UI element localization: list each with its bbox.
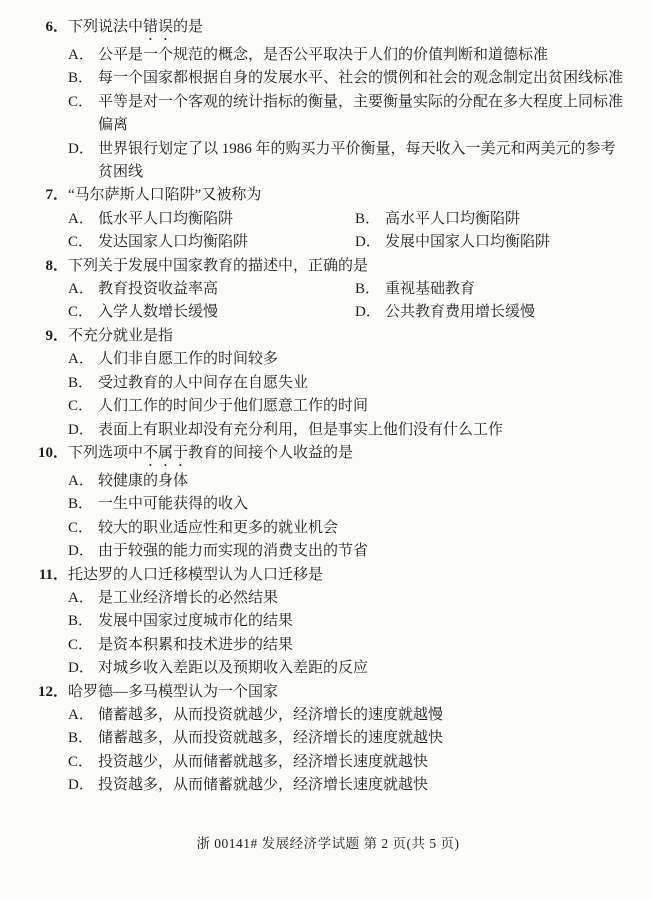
option-letter: A． bbox=[68, 348, 98, 371]
option-letter: B． bbox=[68, 372, 98, 395]
option-list: A． 低水平人口均衡陷阱 B． 高水平人口均衡陷阱 C． 发达国家人口均衡陷阱 … bbox=[68, 208, 626, 255]
option-letter: B． bbox=[68, 67, 98, 90]
stem-text: 不充分就业是指 bbox=[68, 328, 173, 344]
option-letter: D． bbox=[355, 301, 385, 324]
option-row: B． 高水平人口均衡陷阱 bbox=[355, 208, 626, 231]
option-text: 入学人数增长缓慢 bbox=[98, 301, 355, 324]
option-row: C． 发达国家人口均衡陷阱 bbox=[68, 231, 355, 254]
option-list: A． 是工业经济增长的必然结果 B． 发展中国家过度城市化的结果 C． 是资本积… bbox=[68, 587, 626, 681]
stem-text: 下列说法中 bbox=[68, 19, 143, 35]
option-row: C． 较大的职业适应性和更多的就业机会 bbox=[68, 517, 626, 540]
stem-text: 的是 bbox=[173, 19, 203, 35]
stem-text: 下列选项中 bbox=[68, 445, 143, 461]
option-row: C． 是资本积累和技术进步的结果 bbox=[68, 634, 626, 657]
stem-emphasized-text: 错误 bbox=[143, 19, 173, 35]
option-row: D． 公共教育费用增长缓慢 bbox=[355, 301, 626, 324]
option-text: 发展中国家过度城市化的结果 bbox=[98, 610, 626, 633]
option-text: 储蓄越多，从而投资就越少，经济增长的速度就越慢 bbox=[98, 704, 626, 727]
option-text: 一生中可能获得的收入 bbox=[98, 493, 626, 516]
option-list: A． 储蓄越多，从而投资就越少，经济增长的速度就越慢 B． 储蓄越多，从而投资就… bbox=[68, 704, 626, 798]
option-row: B． 受过教育的人中间存在自愿失业 bbox=[68, 372, 626, 395]
option-list: A． 教育投资收益率高 B． 重视基础教育 C． 入学人数增长缓慢 D． 公共教… bbox=[68, 278, 626, 325]
question-head: 7． “马尔萨斯人口陷阱”又被称为 bbox=[30, 184, 626, 207]
question-stem: 哈罗德—多马模型认为一个国家 bbox=[68, 681, 626, 704]
option-letter: A． bbox=[68, 704, 98, 727]
option-letter: D． bbox=[355, 231, 385, 254]
question-head: 9． 不充分就业是指 bbox=[30, 325, 626, 348]
option-row: B． 一生中可能获得的收入 bbox=[68, 493, 626, 516]
stem-text: 下列关于发展中国家教育的描述中，正确的是 bbox=[68, 258, 368, 274]
question-6: 6． 下列说法中错误的是 A． 公平是一个规范的概念，是否公平取决于人们的价值判… bbox=[30, 16, 626, 184]
option-text: 重视基础教育 bbox=[385, 278, 626, 301]
question-stem: 下列关于发展中国家教育的描述中，正确的是 bbox=[68, 255, 626, 278]
page-footer: 浙 00141# 发展经济学试题 第 2 页(共 5 页) bbox=[30, 832, 626, 855]
question-11: 11． 托达罗的人口迁移模型认为人口迁移是 A． 是工业经济增长的必然结果 B．… bbox=[30, 564, 626, 681]
option-letter: A． bbox=[68, 470, 98, 493]
option-text: 平等是对一个客观的统计指标的衡量，主要衡量实际的分配在多大程度上同标准偏离 bbox=[98, 91, 626, 138]
option-text: 人们工作的时间少于他们愿意工作的时间 bbox=[98, 395, 626, 418]
option-text: 发达国家人口均衡陷阱 bbox=[98, 231, 355, 254]
question-number: 7． bbox=[30, 184, 68, 207]
option-text: 公共教育费用增长缓慢 bbox=[385, 301, 626, 324]
option-row: A． 储蓄越多，从而投资就越少，经济增长的速度就越慢 bbox=[68, 704, 626, 727]
option-text: 较大的职业适应性和更多的就业机会 bbox=[98, 517, 626, 540]
option-text: 发展中国家人口均衡陷阱 bbox=[385, 231, 626, 254]
option-text: 由于较强的能力而实现的消费支出的节省 bbox=[98, 540, 626, 563]
option-text: 是资本积累和技术进步的结果 bbox=[98, 634, 626, 657]
option-text: 世界银行划定了以 1986 年的购买力平价衡量，每天收入一美元和两美元的参考贫困… bbox=[98, 138, 626, 185]
question-stem: 不充分就业是指 bbox=[68, 325, 626, 348]
stem-text: 哈罗德—多马模型认为一个国家 bbox=[68, 684, 278, 700]
option-row: C． 入学人数增长缓慢 bbox=[68, 301, 355, 324]
option-row: C． 平等是对一个客观的统计指标的衡量，主要衡量实际的分配在多大程度上同标准偏离 bbox=[68, 91, 626, 138]
question-number: 10． bbox=[30, 442, 68, 470]
question-head: 10． 下列选项中不属于教育的间接个人收益的是 bbox=[30, 442, 626, 470]
option-row: A． 低水平人口均衡陷阱 bbox=[68, 208, 355, 231]
option-row: D． 表面上有职业却没有充分利用，但是事实上他们没有什么工作 bbox=[68, 419, 626, 442]
question-stem: “马尔萨斯人口陷阱”又被称为 bbox=[68, 184, 626, 207]
option-list: A． 公平是一个规范的概念，是否公平取决于人们的价值判断和道德标准 B． 每一个… bbox=[68, 44, 626, 184]
option-text: 是工业经济增长的必然结果 bbox=[98, 587, 626, 610]
option-letter: A． bbox=[68, 587, 98, 610]
option-letter: A． bbox=[68, 44, 98, 67]
option-text: 公平是一个规范的概念，是否公平取决于人们的价值判断和道德标准 bbox=[98, 44, 626, 67]
stem-text: 教育的间接个人收益的是 bbox=[188, 445, 353, 461]
question-head: 11． 托达罗的人口迁移模型认为人口迁移是 bbox=[30, 564, 626, 587]
option-row: D． 对城乡收入差距以及预期收入差距的反应 bbox=[68, 657, 626, 680]
option-letter: A． bbox=[68, 278, 98, 301]
question-stem: 下列说法中错误的是 bbox=[68, 16, 626, 44]
option-letter: C． bbox=[68, 751, 98, 774]
option-row: A． 是工业经济增长的必然结果 bbox=[68, 587, 626, 610]
option-text: 受过教育的人中间存在自愿失业 bbox=[98, 372, 626, 395]
option-letter: B． bbox=[355, 278, 385, 301]
question-number: 9． bbox=[30, 325, 68, 348]
option-letter: C． bbox=[68, 301, 98, 324]
option-row: B． 每一个国家都根据自身的发展水平、社会的惯例和社会的观念制定出贫困线标准 bbox=[68, 67, 626, 90]
option-letter: D． bbox=[68, 419, 98, 442]
question-number: 6． bbox=[30, 16, 68, 44]
option-letter: C． bbox=[68, 231, 98, 254]
option-text: 较健康的身体 bbox=[98, 470, 626, 493]
option-letter: C． bbox=[68, 517, 98, 540]
option-letter: B． bbox=[68, 493, 98, 516]
option-list: A． 人们非自愿工作的时间较多 B． 受过教育的人中间存在自愿失业 C． 人们工… bbox=[68, 348, 626, 442]
option-text: 储蓄越多，从而投资就越多，经济增长的速度就越快 bbox=[98, 727, 626, 750]
option-text: 对城乡收入差距以及预期收入差距的反应 bbox=[98, 657, 626, 680]
option-letter: D． bbox=[68, 657, 98, 680]
option-text: 人们非自愿工作的时间较多 bbox=[98, 348, 626, 371]
option-text: 表面上有职业却没有充分利用，但是事实上他们没有什么工作 bbox=[98, 419, 626, 442]
question-9: 9． 不充分就业是指 A． 人们非自愿工作的时间较多 B． 受过教育的人中间存在… bbox=[30, 325, 626, 442]
question-12: 12． 哈罗德—多马模型认为一个国家 A． 储蓄越多，从而投资就越少，经济增长的… bbox=[30, 681, 626, 798]
question-head: 12． 哈罗德—多马模型认为一个国家 bbox=[30, 681, 626, 704]
option-row: C． 投资越少，从而储蓄就越多，经济增长速度就越快 bbox=[68, 751, 626, 774]
exam-page: 6． 下列说法中错误的是 A． 公平是一个规范的概念，是否公平取决于人们的价值判… bbox=[0, 0, 652, 855]
question-8: 8． 下列关于发展中国家教育的描述中，正确的是 A． 教育投资收益率高 B． 重… bbox=[30, 255, 626, 325]
option-text: 高水平人口均衡陷阱 bbox=[385, 208, 626, 231]
option-list: A． 较健康的身体 B． 一生中可能获得的收入 C． 较大的职业适应性和更多的就… bbox=[68, 470, 626, 564]
option-row: A． 教育投资收益率高 bbox=[68, 278, 355, 301]
option-row: D． 由于较强的能力而实现的消费支出的节省 bbox=[68, 540, 626, 563]
question-head: 8． 下列关于发展中国家教育的描述中，正确的是 bbox=[30, 255, 626, 278]
option-text: 每一个国家都根据自身的发展水平、社会的惯例和社会的观念制定出贫困线标准 bbox=[98, 67, 626, 90]
option-letter: A． bbox=[68, 208, 98, 231]
option-text: 投资越少，从而储蓄就越多，经济增长速度就越快 bbox=[98, 751, 626, 774]
question-7: 7． “马尔萨斯人口陷阱”又被称为 A． 低水平人口均衡陷阱 B． 高水平人口均… bbox=[30, 184, 626, 254]
question-10: 10． 下列选项中不属于教育的间接个人收益的是 A． 较健康的身体 B． 一生中… bbox=[30, 442, 626, 564]
question-number: 8． bbox=[30, 255, 68, 278]
question-stem: 托达罗的人口迁移模型认为人口迁移是 bbox=[68, 564, 626, 587]
option-row: A． 公平是一个规范的概念，是否公平取决于人们的价值判断和道德标准 bbox=[68, 44, 626, 67]
question-head: 6． 下列说法中错误的是 bbox=[30, 16, 626, 44]
option-letter: C． bbox=[68, 634, 98, 657]
stem-text: 托达罗的人口迁移模型认为人口迁移是 bbox=[68, 567, 323, 583]
question-number: 11． bbox=[30, 564, 68, 587]
question-number: 12． bbox=[30, 681, 68, 704]
option-letter: D． bbox=[68, 138, 98, 185]
option-row: D． 投资越多，从而储蓄就越少，经济增长速度就越快 bbox=[68, 774, 626, 797]
option-text: 投资越多，从而储蓄就越少，经济增长速度就越快 bbox=[98, 774, 626, 797]
stem-emphasized-text: 不属于 bbox=[143, 445, 188, 461]
option-row: B． 储蓄越多，从而投资就越多，经济增长的速度就越快 bbox=[68, 727, 626, 750]
question-stem: 下列选项中不属于教育的间接个人收益的是 bbox=[68, 442, 626, 470]
option-row: A． 人们非自愿工作的时间较多 bbox=[68, 348, 626, 371]
option-row: A． 较健康的身体 bbox=[68, 470, 626, 493]
option-letter: D． bbox=[68, 540, 98, 563]
option-text: 低水平人口均衡陷阱 bbox=[98, 208, 355, 231]
option-letter: B． bbox=[355, 208, 385, 231]
option-row: B． 重视基础教育 bbox=[355, 278, 626, 301]
stem-text: “马尔萨斯人口陷阱”又被称为 bbox=[68, 187, 261, 203]
option-letter: C． bbox=[68, 91, 98, 138]
option-letter: B． bbox=[68, 610, 98, 633]
option-row: D． 发展中国家人口均衡陷阱 bbox=[355, 231, 626, 254]
option-letter: D． bbox=[68, 774, 98, 797]
option-row: B． 发展中国家过度城市化的结果 bbox=[68, 610, 626, 633]
option-row: C． 人们工作的时间少于他们愿意工作的时间 bbox=[68, 395, 626, 418]
option-row: D． 世界银行划定了以 1986 年的购买力平价衡量，每天收入一美元和两美元的参… bbox=[68, 138, 626, 185]
option-letter: B． bbox=[68, 727, 98, 750]
option-text: 教育投资收益率高 bbox=[98, 278, 355, 301]
option-letter: C． bbox=[68, 395, 98, 418]
